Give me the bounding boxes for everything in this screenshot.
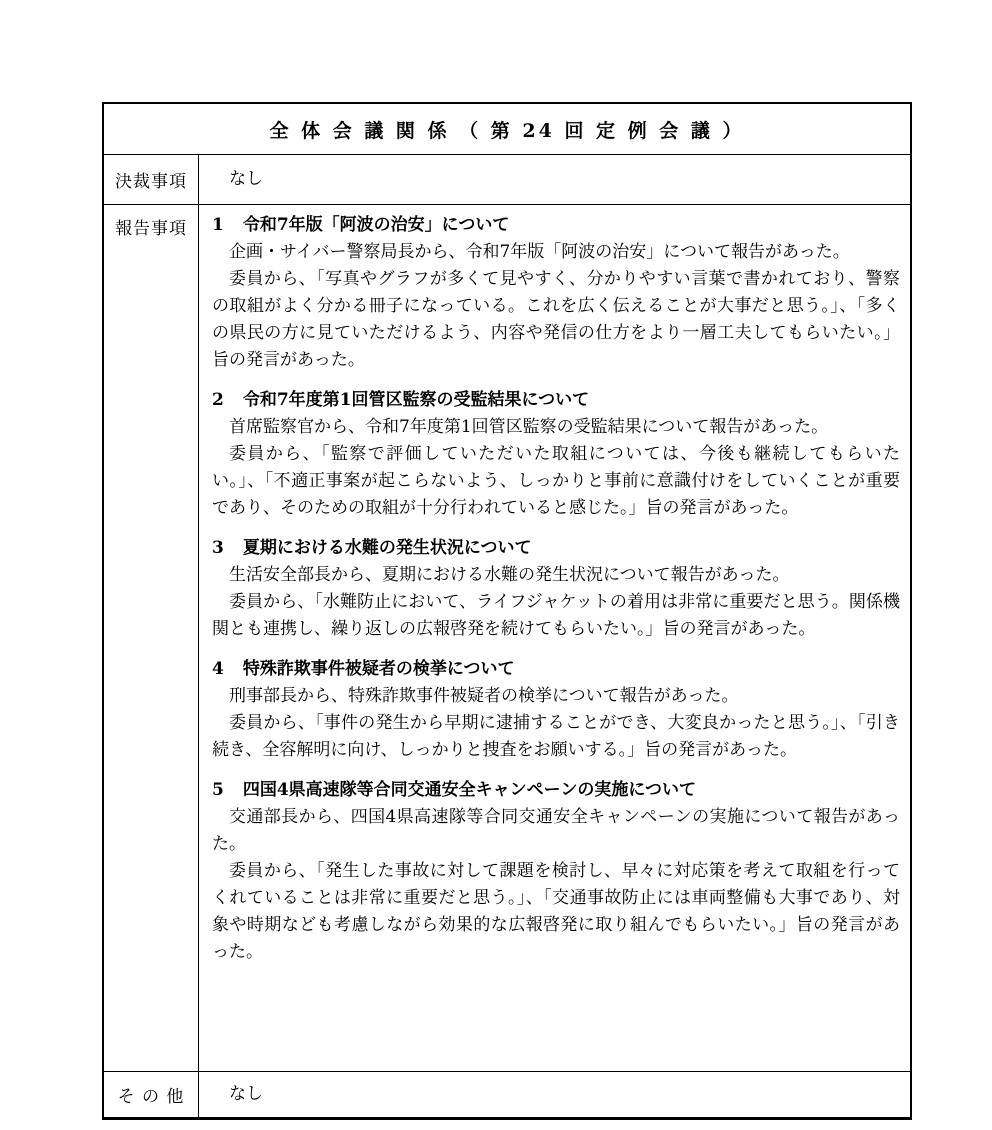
report-item-4-heading: 4特殊詐欺事件被疑者の検挙について: [212, 656, 900, 683]
other-content: なし: [199, 1072, 910, 1117]
report-item-5: 5四国4県高速隊等合同交通安全キャンペーンの実施について 交通部長から、四国4県…: [212, 777, 900, 966]
report-item-3-paragraph: 委員から、「水難防止において、ライフジャケットの着用は非常に重要だと思う。関係機…: [212, 589, 900, 643]
decision-items-label: 決裁事項: [104, 155, 199, 204]
document-page: 全 体 会 議 関 係 （ 第 24 回 定 例 会 議 ） 決裁事項 なし 報…: [0, 0, 992, 1130]
report-item-1-number: 1: [212, 212, 224, 239]
report-item-1-heading: 1令和7年版「阿波の治安」について: [212, 212, 900, 239]
report-item-5-paragraph: 委員から、「発生した事故に対して課題を検討し、早々に対応策を考えて取組を行ってく…: [212, 858, 900, 966]
report-item-2-paragraph: 首席監察官から、令和7年度第1回管区監察の受監結果について報告があった。: [212, 414, 900, 441]
report-item-3: 3夏期における水難の発生状況について 生活安全部長から、夏期における水難の発生状…: [212, 535, 900, 643]
minutes-table: 全 体 会 議 関 係 （ 第 24 回 定 例 会 議 ） 決裁事項 なし 報…: [102, 102, 912, 1120]
report-item-1-paragraph: 委員から、「写真やグラフが多くて見やすく、分かりやすい言葉で書かれており、警察の…: [212, 266, 900, 374]
report-item-1-title: 令和7年版「阿波の治安」について: [243, 215, 510, 235]
report-item-5-title: 四国4県高速隊等合同交通安全キャンペーンの実施について: [243, 780, 696, 800]
report-item-2-heading: 2令和7年度第1回管区監察の受監結果について: [212, 387, 900, 414]
decision-items-value: なし: [212, 166, 263, 193]
row-report-items: 報告事項 1令和7年版「阿波の治安」について 企画・サイバー警察局長から、令和7…: [104, 205, 910, 1072]
other-value: なし: [212, 1081, 263, 1108]
report-item-2-number: 2: [212, 387, 224, 414]
report-item-5-number: 5: [212, 777, 224, 804]
decision-items-content: なし: [199, 155, 910, 204]
report-item-3-title: 夏期における水難の発生状況について: [243, 538, 532, 558]
report-item-4-paragraph: 刑事部長から、特殊詐欺事件被疑者の検挙について報告があった。: [212, 683, 900, 710]
table-title-row: 全 体 会 議 関 係 （ 第 24 回 定 例 会 議 ）: [104, 104, 910, 155]
other-label: そ の 他: [104, 1072, 199, 1117]
report-item-4-number: 4: [212, 656, 224, 683]
report-item-4-paragraph: 委員から、「事件の発生から早期に逮捕することができ、大変良かったと思う。」、「引…: [212, 710, 900, 764]
report-item-4: 4特殊詐欺事件被疑者の検挙について 刑事部長から、特殊詐欺事件被疑者の検挙につい…: [212, 656, 900, 764]
report-item-1: 1令和7年版「阿波の治安」について 企画・サイバー警察局長から、令和7年版「阿波…: [212, 212, 900, 374]
report-item-2-title: 令和7年度第1回管区監察の受監結果について: [243, 390, 589, 410]
report-item-3-paragraph: 生活安全部長から、夏期における水難の発生状況について報告があった。: [212, 562, 900, 589]
report-item-1-paragraph: 企画・サイバー警察局長から、令和7年版「阿波の治安」について報告があった。: [212, 239, 900, 266]
report-item-2-paragraph: 委員から、「監察で評価していただいた取組については、今後も継続してもらいたい。」…: [212, 441, 900, 522]
report-item-3-number: 3: [212, 535, 224, 562]
document-title: 全 体 会 議 関 係 （ 第 24 回 定 例 会 議 ）: [269, 116, 744, 143]
report-item-2: 2令和7年度第1回管区監察の受監結果について 首席監察官から、令和7年度第1回管…: [212, 387, 900, 522]
report-items-label: 報告事項: [104, 205, 199, 1071]
row-other: そ の 他 なし: [104, 1072, 910, 1117]
report-item-5-heading: 5四国4県高速隊等合同交通安全キャンペーンの実施について: [212, 777, 900, 804]
report-items-content: 1令和7年版「阿波の治安」について 企画・サイバー警察局長から、令和7年版「阿波…: [199, 205, 910, 1071]
report-item-5-paragraph: 交通部長から、四国4県高速隊等合同交通安全キャンペーンの実施について報告があった…: [212, 804, 900, 858]
report-item-3-heading: 3夏期における水難の発生状況について: [212, 535, 900, 562]
report-item-4-title: 特殊詐欺事件被疑者の検挙について: [243, 659, 515, 679]
row-decision-items: 決裁事項 なし: [104, 155, 910, 205]
